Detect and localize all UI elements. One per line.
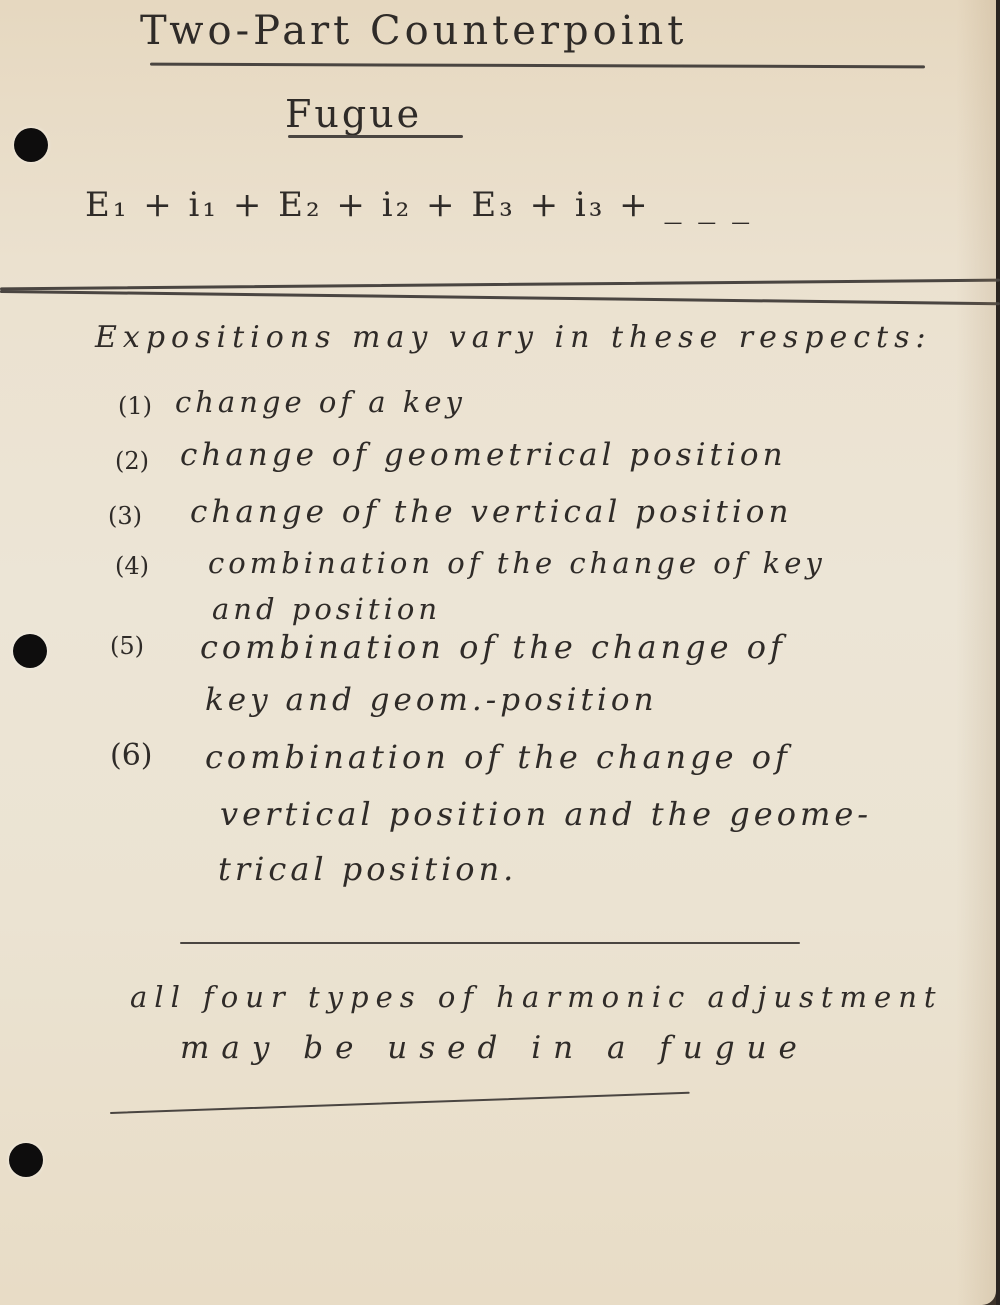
item-text: combination of the change of xyxy=(200,628,786,666)
item-text: change of a key xyxy=(175,385,466,419)
item-number: (6) xyxy=(110,738,153,773)
item-text: combination of the change of key xyxy=(208,546,826,580)
item-number: (4) xyxy=(115,552,149,580)
note-line-1: all four types of harmonic adjustment xyxy=(130,980,943,1014)
divider-line-note-bottom xyxy=(110,1092,690,1114)
item-text: change of geometrical position xyxy=(180,437,787,473)
item-text-continued: and position xyxy=(212,592,441,626)
intro-text: Expositions may vary in these respects: xyxy=(95,320,932,355)
divider-line-lower xyxy=(0,290,1000,305)
item-number: (2) xyxy=(115,447,149,475)
item-text-continued: vertical position and the geome- xyxy=(220,795,872,833)
page-title: Two-Part Counterpoint xyxy=(140,8,687,54)
item-text: combination of the change of xyxy=(205,738,791,776)
page-subtitle: Fugue xyxy=(285,92,422,136)
item-text-continued: key and geom.-position xyxy=(205,682,658,718)
fugue-formula: E₁ + i₁ + E₂ + i₂ + E₃ + i₃ + _ _ _ xyxy=(85,185,752,225)
item-number: (5) xyxy=(110,632,144,660)
item-number: (1) xyxy=(118,392,152,420)
item-number: (3) xyxy=(108,502,142,530)
note-line-2: may be used in a fugue xyxy=(180,1030,809,1066)
subtitle-underline xyxy=(288,135,463,138)
binder-hole-bottom xyxy=(9,1143,43,1177)
item-text: change of the vertical position xyxy=(190,494,792,530)
binder-hole-top xyxy=(14,128,48,162)
binder-hole-middle xyxy=(13,634,47,668)
title-underline xyxy=(150,63,925,69)
item-text-continued: trical position. xyxy=(218,850,517,888)
divider-line-note-top xyxy=(180,942,800,944)
divider-line-upper xyxy=(0,279,1000,291)
notebook-page: Two-Part Counterpoint Fugue E₁ + i₁ + E₂… xyxy=(0,0,996,1305)
